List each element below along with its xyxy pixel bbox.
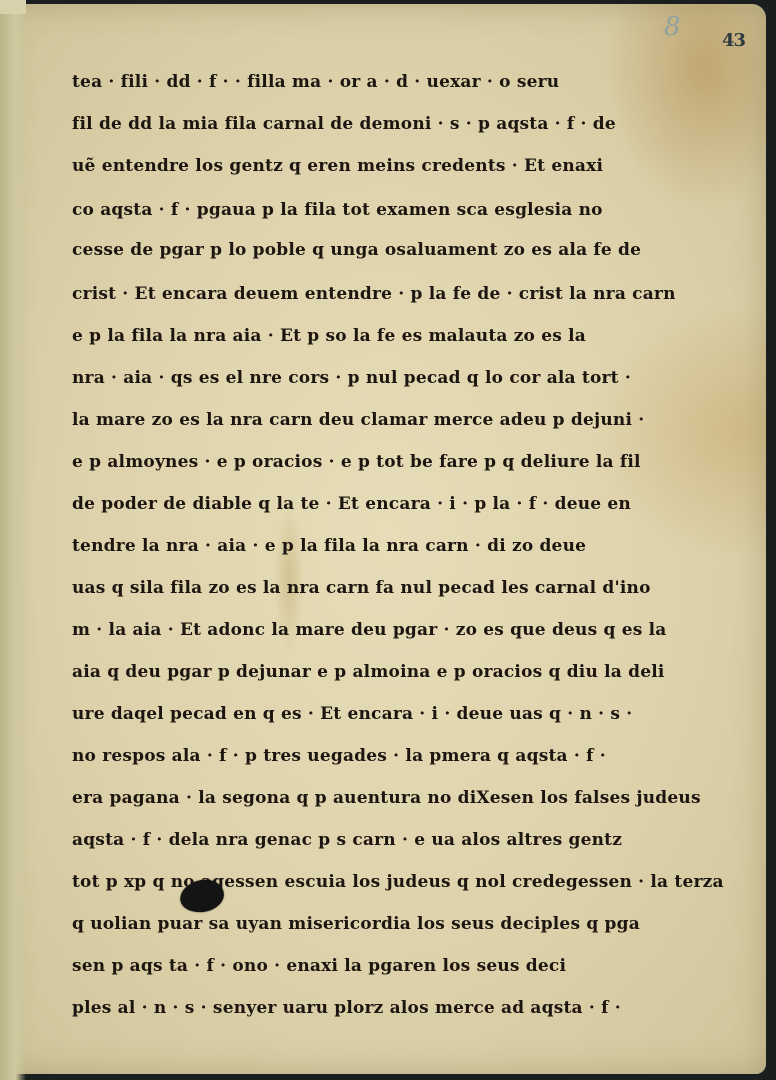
text-line-22: sen p aqs ta · f · ono · enaxi la pgaren…	[72, 956, 566, 976]
text-line-18: era pagana · la segona q p auentura no d…	[72, 788, 701, 808]
text-line-17: no respos ala · f · p tres uegades · la …	[72, 746, 606, 766]
text-line-15: aia q deu pgar p dejunar e p almoina e p…	[72, 662, 665, 682]
text-line-9: la mare zo es la nra carn deu clamar mer…	[72, 410, 644, 430]
text-line-11: de poder de diable q la te · Et encara ·…	[72, 494, 631, 514]
text-line-2: fil de dd la mia fila carnal de demoni ·…	[72, 114, 616, 134]
text-line-12: tendre la nra · aia · e p la fila la nra…	[72, 536, 586, 556]
text-line-20: tot p xp q no agessen escuia los judeus …	[72, 872, 724, 892]
scan-frame: 8 43 tea · fili · dd · f · · filla ma · …	[0, 0, 776, 1080]
text-line-3: uẽ entendre los gentz q eren meins crede…	[72, 156, 603, 176]
text-line-13: uas q sila fila zo es la nra carn fa nul…	[72, 578, 651, 598]
text-line-23: ples al · n · s · senyer uaru plorz alos…	[72, 998, 621, 1018]
text-line-14: m · la aia · Et adonc la mare deu pgar ·…	[72, 620, 666, 640]
binding-edge	[0, 0, 26, 1080]
text-line-5: cesse de pgar p lo poble q unga osaluame…	[72, 240, 641, 260]
text-line-19: aqsta · f · dela nra genac p s carn · e …	[72, 830, 622, 850]
folio-number-pencil: 8	[664, 12, 681, 42]
text-line-6: crist · Et encara deuem entendre · p la …	[72, 284, 676, 304]
text-line-16: ure daqel pecad en q es · Et encara · i …	[72, 704, 632, 724]
text-line-8: nra · aia · qs es el nre cors · p nul pe…	[72, 368, 631, 388]
folio-number-ink: 43	[722, 30, 745, 51]
page-corner-tab	[0, 0, 26, 14]
text-line-10: e p almoynes · e p oracios · e p tot be …	[72, 452, 641, 472]
text-line-4: co aqsta · f · pgaua p la fila tot exame…	[72, 200, 603, 220]
text-line-21: q uolian puar sa uyan misericordia los s…	[72, 914, 640, 934]
text-line-1: tea · fili · dd · f · · filla ma · or a …	[72, 72, 559, 92]
text-line-7: e p la fila la nra aia · Et p so la fe e…	[72, 326, 586, 346]
